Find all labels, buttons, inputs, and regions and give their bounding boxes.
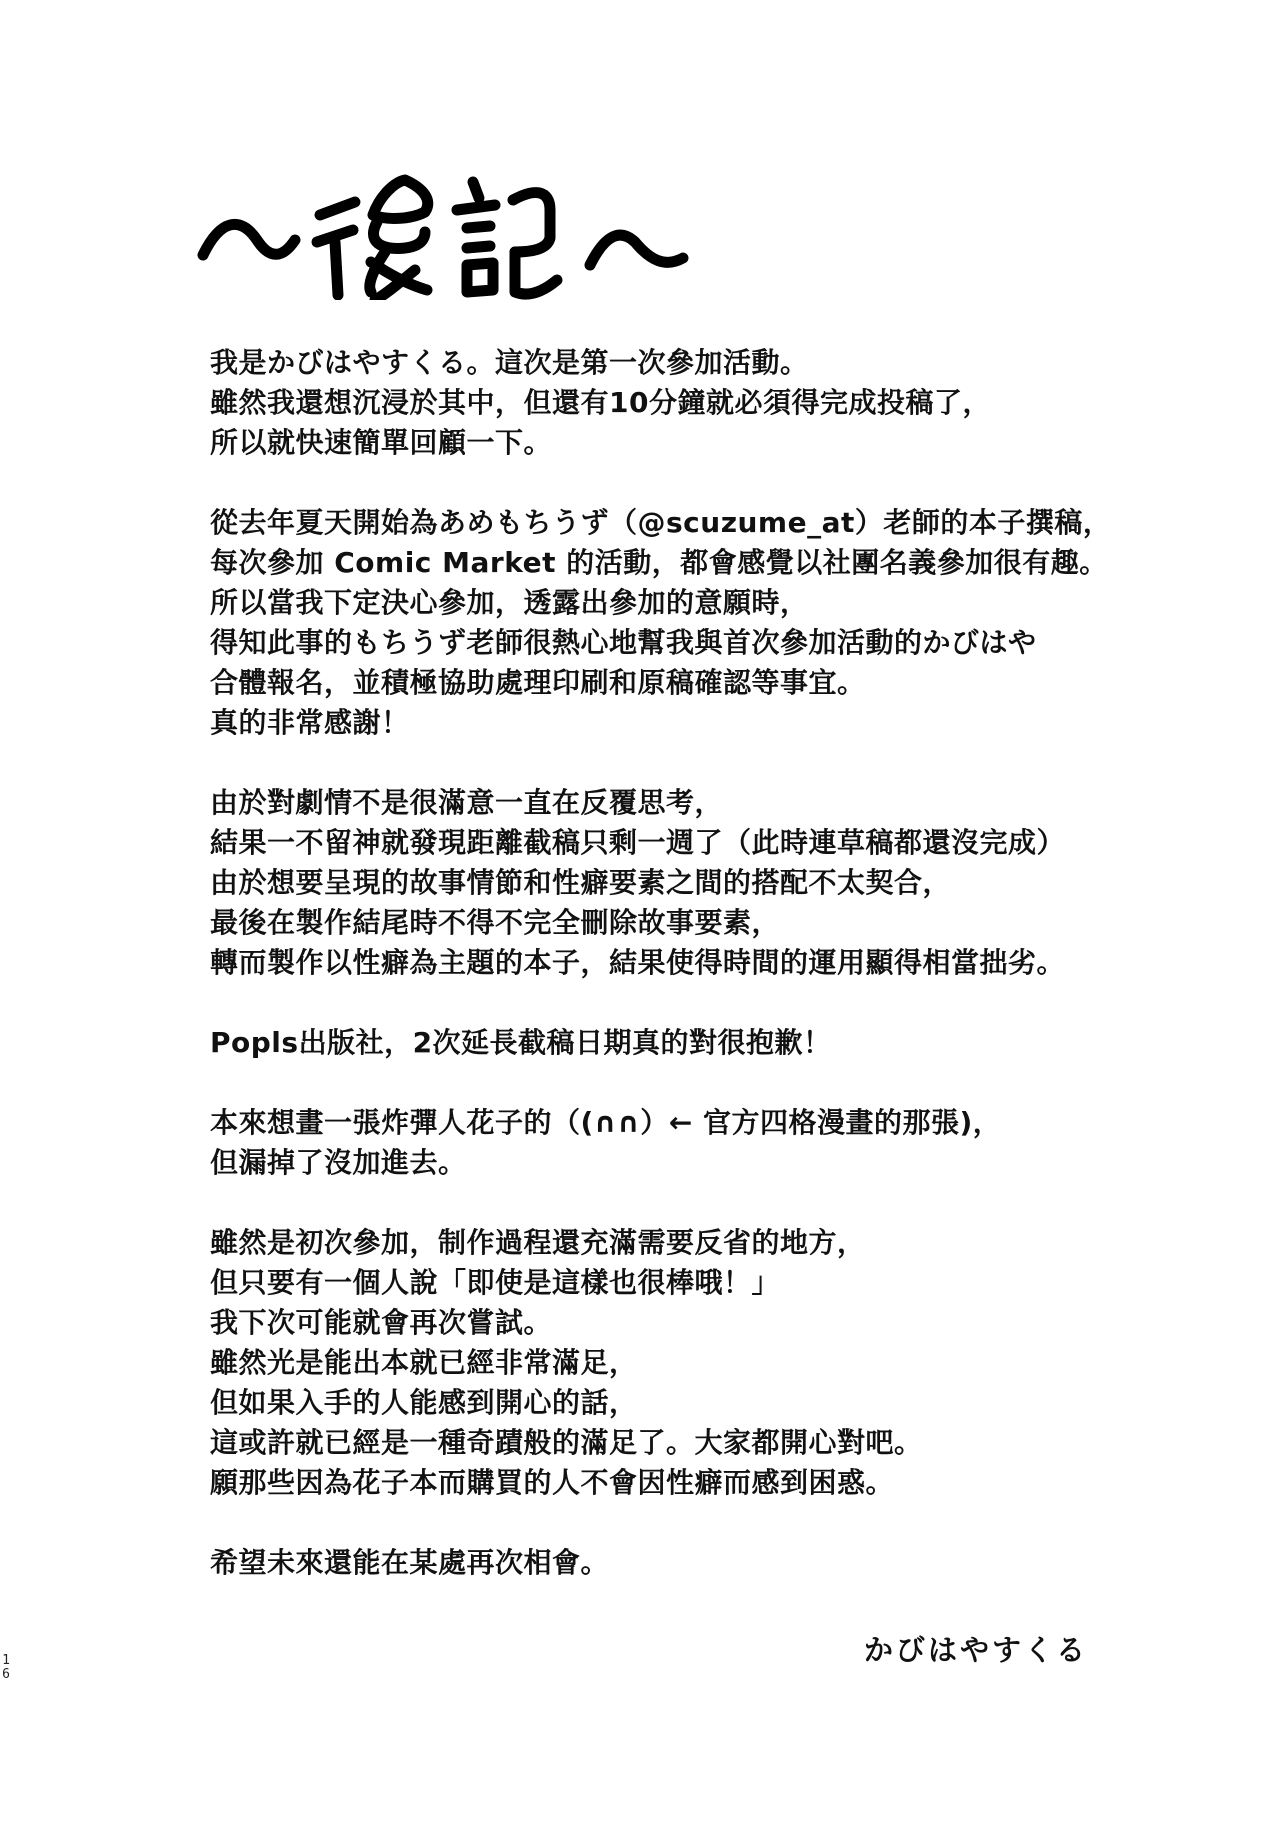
text-line: 所以就快速簡單回顧一下。 <box>210 423 1170 463</box>
text-line: 本來想畫一張炸彈人花子的（(∩∩）← 官方四格漫畫的那張)， <box>210 1103 1170 1143</box>
author-signature: かびはやすくる <box>864 1628 1088 1672</box>
text-line: Popls出版社，2次延長截稿日期真的對很抱歉！ <box>210 1023 1170 1063</box>
text-line: 雖然我還想沉浸於其中，但還有10分鐘就必須得完成投稿了， <box>210 383 1170 423</box>
text-line: 雖然光是能出本就已經非常滿足， <box>210 1343 1170 1383</box>
text-line: 合體報名，並積極協助處理印刷和原稿確認等事宜。 <box>210 663 1170 703</box>
page-title: ～後記～ <box>195 160 815 300</box>
paragraph-reflection: 雖然是初次參加，制作過程還充滿需要反省的地方， 但只要有一個人說「即使是這樣也很… <box>210 1223 1170 1503</box>
text-line: 願那些因為花子本而購買的人不會因性癖而感到困惑。 <box>210 1463 1170 1503</box>
text-line: 但只要有一個人說「即使是這樣也很棒哦！」 <box>210 1263 1170 1303</box>
page-number-digit: 6 <box>0 1668 12 1682</box>
text-line: 但漏掉了沒加進去。 <box>210 1143 1170 1183</box>
paragraph-apology: Popls出版社，2次延長截稿日期真的對很抱歉！ <box>210 1023 1170 1063</box>
text-line: 但如果入手的人能感到開心的話， <box>210 1383 1170 1423</box>
text-line: 得知此事的もちうず老師很熱心地幫我與首次參加活動的かびはや <box>210 623 1170 663</box>
afterword-body: 我是かびはやすくる。這次是第一次參加活動。 雖然我還想沉浸於其中，但還有10分鐘… <box>210 343 1170 1583</box>
text-line: 由於想要呈現的故事情節和性癖要素之間的搭配不太契合， <box>210 863 1170 903</box>
paragraph-production: 由於對劇情不是很滿意一直在反覆思考， 結果一不留神就發現距離截稿只剩一週了（此時… <box>210 783 1170 983</box>
page-number-digit: 1 <box>0 1654 12 1668</box>
text-line: 每次參加 Comic Market 的活動，都會感覺以社團名義參加很有趣。 <box>210 543 1170 583</box>
text-line: 所以當我下定決心參加，透露出參加的意願時， <box>210 583 1170 623</box>
text-line: 轉而製作以性癖為主題的本子，結果使得時間的運用顯得相當拙劣。 <box>210 943 1170 983</box>
text-line: 從去年夏天開始為あめもちうず（@scuzume_at）老師的本子撰稿， <box>210 503 1170 543</box>
text-line: 結果一不留神就發現距離截稿只剩一週了（此時連草稿都還沒完成） <box>210 823 1170 863</box>
paragraph-thanks: 從去年夏天開始為あめもちうず（@scuzume_at）老師的本子撰稿， 每次參加… <box>210 503 1170 743</box>
text-line: 雖然是初次參加，制作過程還充滿需要反省的地方， <box>210 1223 1170 1263</box>
paragraph-closing: 希望未來還能在某處再次相會。 <box>210 1543 1170 1583</box>
text-line: 我是かびはやすくる。這次是第一次參加活動。 <box>210 343 1170 383</box>
page-number: 1 6 <box>0 1654 12 1682</box>
text-line: 這或許就已經是一種奇蹟般的滿足了。大家都開心對吧。 <box>210 1423 1170 1463</box>
text-line: 最後在製作結尾時不得不完全刪除故事要素， <box>210 903 1170 943</box>
paragraph-missed-drawing: 本來想畫一張炸彈人花子的（(∩∩）← 官方四格漫畫的那張)， 但漏掉了沒加進去。 <box>210 1103 1170 1183</box>
text-line: 我下次可能就會再次嘗試。 <box>210 1303 1170 1343</box>
paragraph-intro: 我是かびはやすくる。這次是第一次參加活動。 雖然我還想沉浸於其中，但還有10分鐘… <box>210 343 1170 463</box>
text-line: 真的非常感謝！ <box>210 703 1170 743</box>
text-line: 由於對劇情不是很滿意一直在反覆思考， <box>210 783 1170 823</box>
text-line: 希望未來還能在某處再次相會。 <box>210 1543 1170 1583</box>
